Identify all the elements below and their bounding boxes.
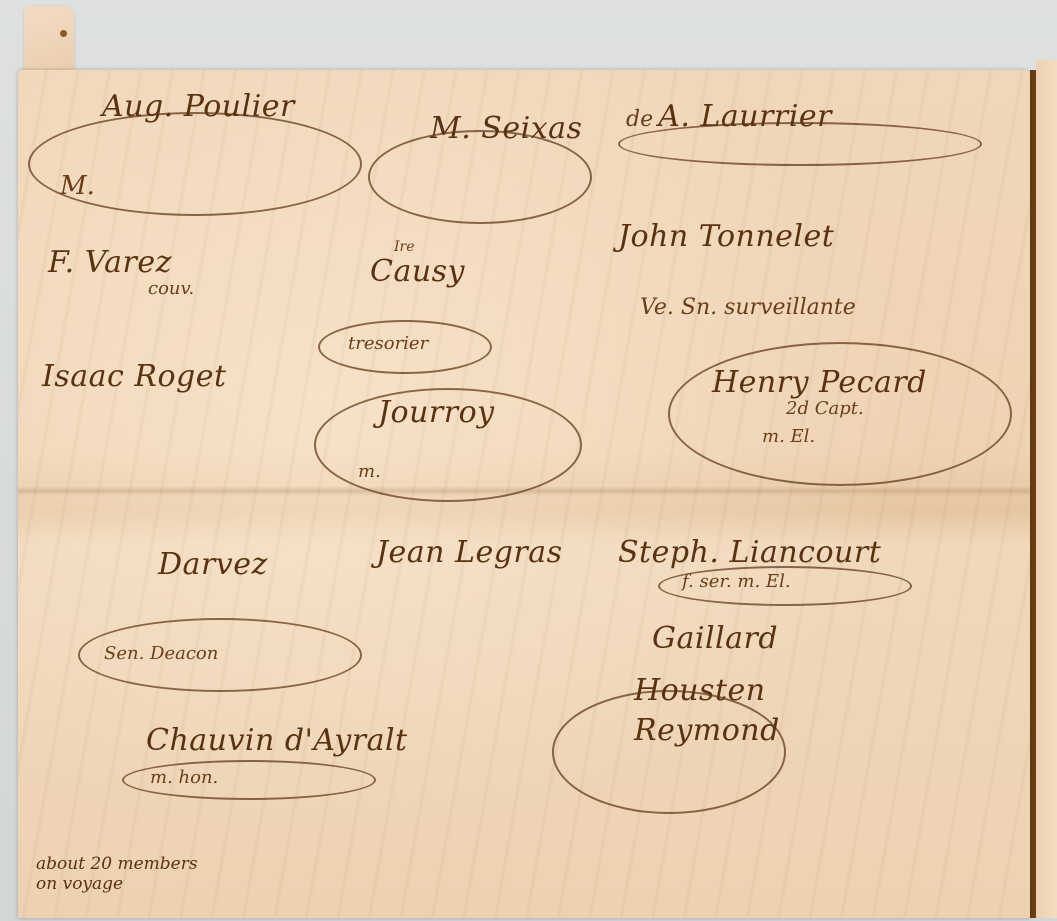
page-binding-edge [1030,70,1036,918]
flourish-oval [552,690,786,814]
signature-tonnelet: John Tonnelet [618,220,834,253]
signature-title: Sen. Deacon [104,644,218,664]
signature-name: Jean Legras [376,536,563,569]
signature-liancourt: Steph. Liancourt [618,536,881,569]
signature-title: Ve. Sn. surveillante [640,296,856,320]
signature-dayralt: Chauvin d'Ayralt [146,724,408,757]
signature-title: tresorier [348,334,428,354]
signature-causy-title: tresorier [348,334,428,354]
signature-darvez: Darvez [158,548,268,581]
signature-name: A. Laurrier [658,99,832,134]
signature-tonnelet-title: Ve. Sn. surveillante [640,296,856,320]
signature-varez: F. Varez couv. [48,246,194,299]
signature-gaillard: Gaillard [652,622,778,655]
signature-title: couv. [148,279,194,299]
signature-name: Steph. Liancourt [618,536,881,569]
signature-housten: Housten [634,674,766,707]
signature-name: Chauvin d'Ayralt [146,724,408,757]
signature-page: Aug. Poulier M. M. Seixas de A. Laurrier… [18,70,1030,918]
signature-name: Isaac Roget [42,360,227,393]
margin-note: about 20 members on voyage [36,854,198,895]
signature-title: m. hon. [150,768,218,788]
signature-poulier: Aug. Poulier [102,90,295,123]
signature-title: f. ser. m. El. [682,572,791,592]
ink-spot-icon [60,30,67,37]
signature-name: M. Seixas [430,112,582,145]
signature-pecard: Henry Pecard 2d Capt. m. El. [712,366,927,447]
signature-name: Causy [370,255,465,288]
signature-legras: Jean Legras [376,536,563,569]
signature-roget: Isaac Roget [42,360,227,393]
signature-name: Aug. Poulier [102,90,295,123]
document-photo: Aug. Poulier M. M. Seixas de A. Laurrier… [0,0,1057,921]
signature-seixas: M. Seixas [430,112,582,145]
paper-fold-line [18,486,1030,496]
signature-name: Housten [634,674,766,707]
signature-name: Gaillard [652,622,778,655]
signature-causy: Ire Causy [370,240,465,288]
signature-liancourt-title: f. ser. m. El. [682,572,791,592]
signature-title: m. [358,462,381,482]
signature-subtitle: m. El. [762,427,927,447]
signature-laurrier: de A. Laurrier [626,100,832,133]
signature-reymond: Reymond [634,714,780,747]
signature-jourroy: Jourroy [378,396,495,429]
signature-name: Jourroy [378,396,495,429]
signature-dayralt-title: m. hon. [150,768,218,788]
adjacent-page-edge [1036,60,1057,918]
signature-title: 2d Capt. [786,399,927,419]
margin-note-line-2: on voyage [36,874,198,894]
signature-jourroy-title: m. [358,462,381,482]
signature-name: Henry Pecard [712,366,927,399]
signature-name: F. Varez [48,246,194,279]
signature-name: Darvez [158,548,268,581]
signature-darvez-title: Sen. Deacon [104,644,218,664]
signature-poulier-prefix: M. [60,172,95,201]
signature-name: Reymond [634,714,780,747]
margin-note-line-1: about 20 members [36,854,198,874]
signature-name: John Tonnelet [618,220,834,253]
